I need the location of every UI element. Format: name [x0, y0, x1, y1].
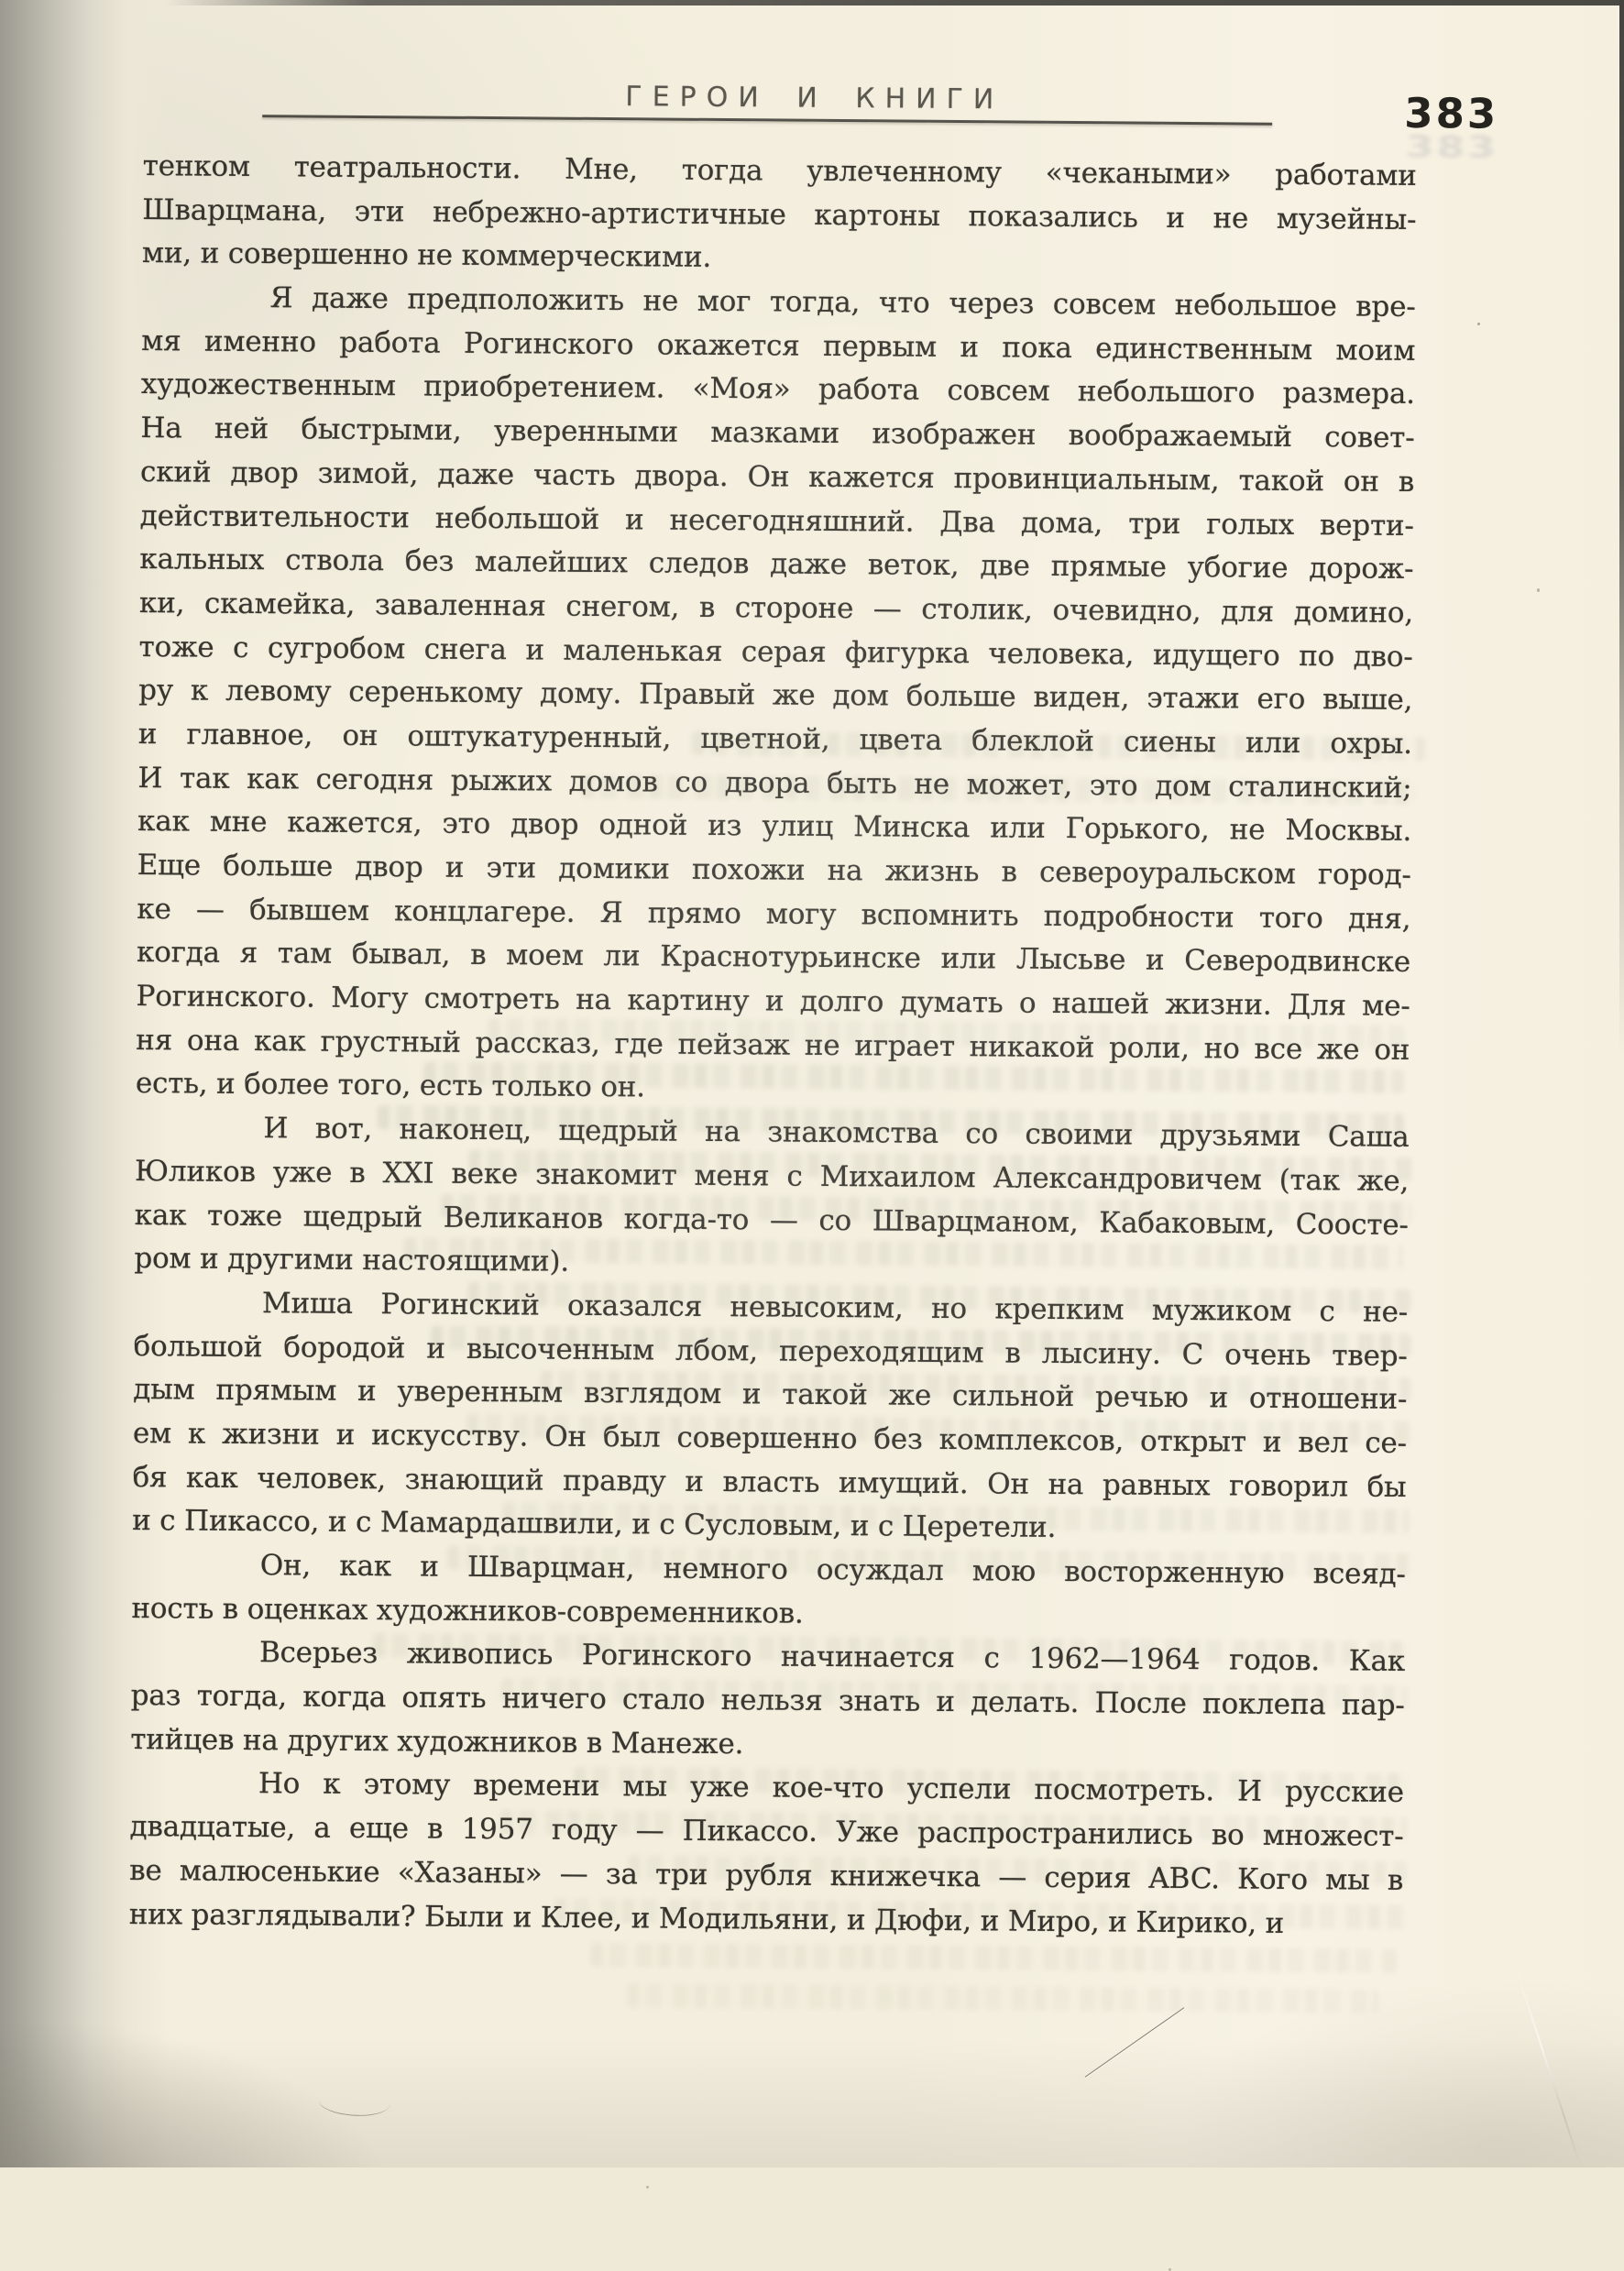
page-content: ГЕРОИ И КНИГИ 383 383 тенком театральнос…	[0, 0, 1624, 2167]
bleed-through-line	[590, 1943, 1397, 1973]
dust-speck	[1537, 588, 1540, 592]
paragraph: тенком театральности. Мне, тогда увлечен…	[142, 145, 1417, 286]
header-rule	[262, 115, 1272, 126]
paragraph: Миша Рогинский оказался невысоким, но кр…	[132, 1281, 1408, 1553]
paragraph: И вот, наконец, щедрый на знакомства со …	[134, 1106, 1409, 1291]
scan-edge-top	[0, 0, 1624, 5]
scan-edge-right	[1619, 0, 1624, 1054]
paragraph: Я даже предположить не мог тогда, что че…	[136, 276, 1416, 1116]
paragraph: Всерьез живопись Рогинского начинается с…	[130, 1630, 1405, 1772]
dust-speck	[1477, 323, 1480, 325]
paragraph: Но к этому времени мы уже кое-что успели…	[129, 1761, 1404, 1947]
text-line: них разглядывали? Были и Клее, и Модилья…	[129, 1892, 1403, 1947]
bleed-through-line	[627, 1983, 1378, 2013]
scanned-page: ГЕРОИ И КНИГИ 383 383 тенком театральнос…	[0, 0, 1624, 2167]
running-header: ГЕРОИ И КНИГИ	[625, 81, 1004, 115]
paragraph: Он, как и Шварцман, немного осуждал мою …	[131, 1543, 1406, 1640]
body-text: тенком театральности. Мне, тогда увлечен…	[129, 145, 1417, 1947]
dust-speck	[543, 209, 545, 212]
page-number: 383	[1404, 89, 1498, 138]
